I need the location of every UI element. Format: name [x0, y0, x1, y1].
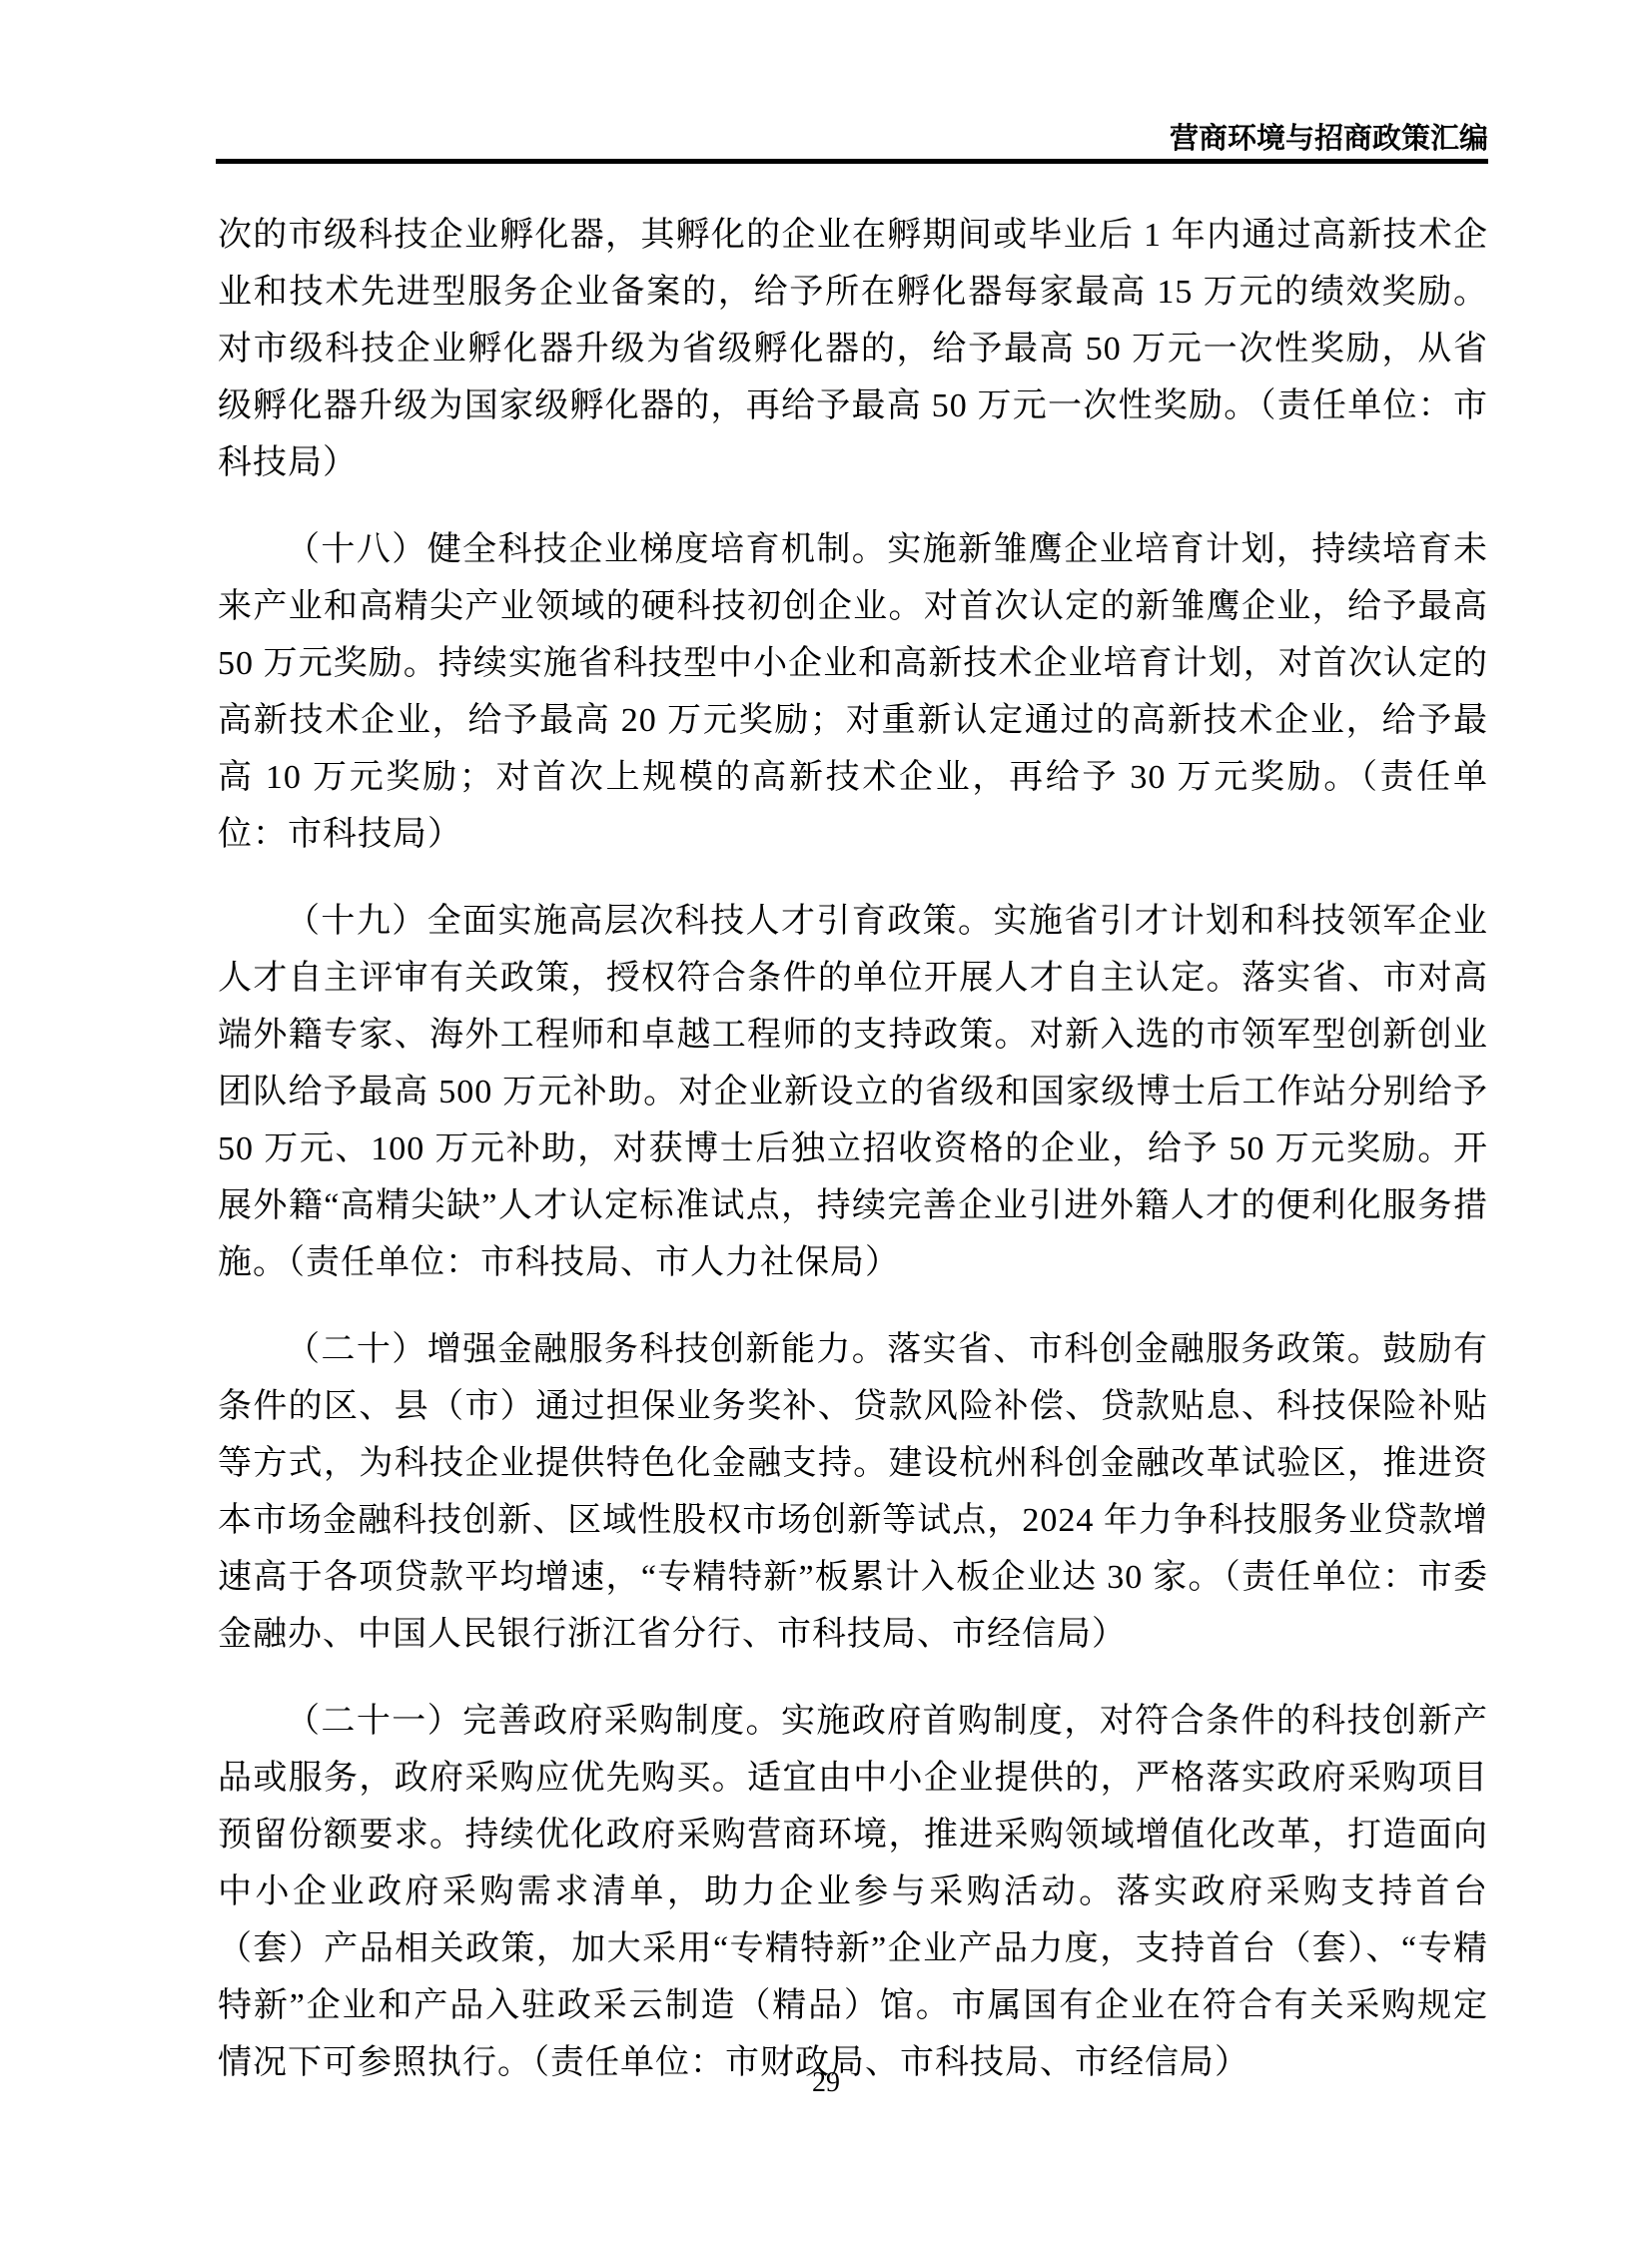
- document-body: 次的市级科技企业孵化器，其孵化的企业在孵期间或毕业后 1 年内通过高新技术企业和…: [218, 207, 1488, 2091]
- page-header: 营商环境与招商政策汇编: [216, 116, 1488, 157]
- paragraph-1: 次的市级科技企业孵化器，其孵化的企业在孵期间或毕业后 1 年内通过高新技术企业和…: [218, 207, 1488, 491]
- page-footer: 29: [0, 2067, 1652, 2099]
- header-rule: [216, 159, 1488, 164]
- page-number: 29: [812, 2067, 840, 2098]
- paragraph-4: （二十）增强金融服务科技创新能力。落实省、市科创金融服务政策。鼓励有条件的区、县…: [218, 1321, 1488, 1663]
- paragraph-3: （十九）全面实施高层次科技人才引育政策。实施省引才计划和科技领军企业人才自主评审…: [218, 893, 1488, 1291]
- paragraph-2: （十八）健全科技企业梯度培育机制。实施新雏鹰企业培育计划，持续培育未来产业和高精…: [218, 521, 1488, 863]
- paragraph-5: （二十一）完善政府采购制度。实施政府首购制度，对符合条件的科技创新产品或服务，政…: [218, 1693, 1488, 2091]
- page-header-title: 营商环境与招商政策汇编: [1170, 123, 1488, 155]
- document-page: { "page": { "header_title": "营商环境与招商政策汇编…: [0, 0, 1652, 2242]
